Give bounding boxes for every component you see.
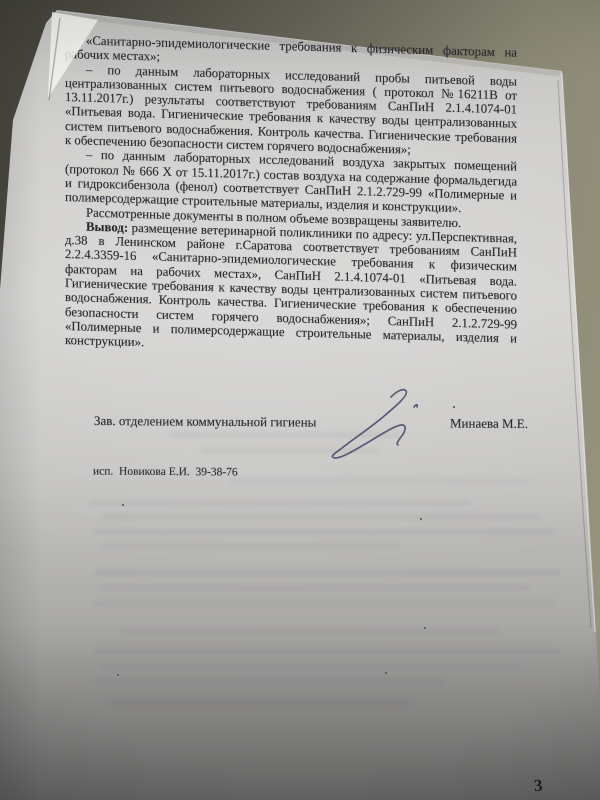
conclusion-label: Вывод: [86,219,128,234]
signature-name: Минаева М.Е. [450,415,528,432]
conclusion-text: размещение ветеринарной поликлиники по а… [65,221,517,350]
paragraph-water-tests: – по данным лабораторных исследований пр… [65,62,517,160]
signature-row: Зав. отделением коммунальной гигиены Мин… [94,413,528,432]
document-body-text: «Санитарно-эпидемиологические требования… [65,33,517,360]
page-number-mark: 3 [533,776,543,797]
executor-line: исп. Новикова Е.И. 39-38-76 [93,465,238,478]
paragraph-conclusion: Вывод: размещение ветеринарной поликлини… [65,219,517,360]
signature-title: Зав. отделением коммунальной гигиены [94,413,316,431]
dust-specks [122,504,124,506]
